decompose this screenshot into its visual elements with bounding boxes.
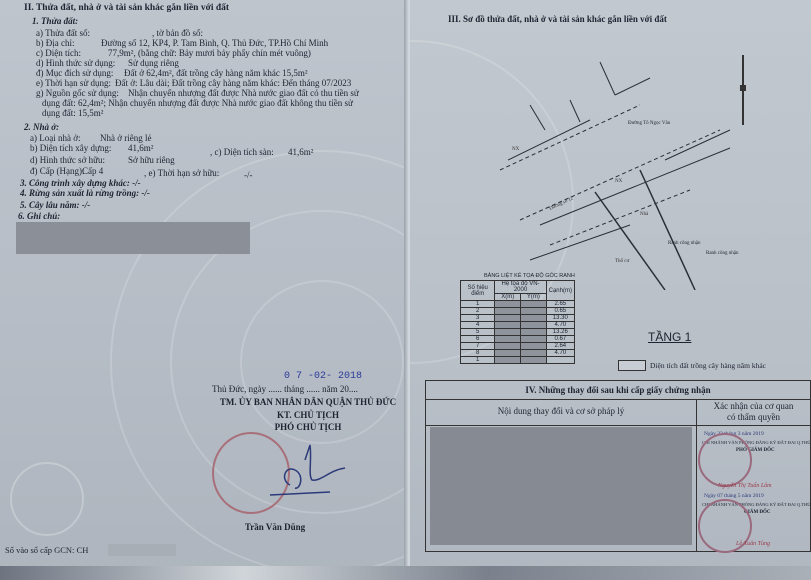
x-redacted: [495, 322, 521, 329]
coord-row: 84.70: [461, 350, 575, 357]
y-redacted: [521, 315, 547, 322]
coord-row: 44.70: [461, 322, 575, 329]
signer-2: Lê Xuân Tùng: [736, 539, 770, 550]
floor-area-label: , c) Diện tích sàn:: [210, 147, 274, 158]
col-edge: Cạnh(m): [546, 281, 574, 301]
edge-length: 4.70: [546, 322, 574, 329]
section-ii-title: II. Thửa đất, nhà ở và tài sản khác gắn …: [24, 3, 229, 14]
x-redacted: [495, 301, 521, 308]
origin-value-3: dụng đất: 15,5m²: [42, 108, 103, 119]
perennial: 5. Cây lâu năm: -/-: [20, 200, 90, 211]
grade-label: đ) Cấp (Hạng):: [30, 166, 84, 177]
point-id: 3: [461, 315, 495, 322]
road-name-label: Đường Tô Ngọc Vân: [628, 118, 670, 129]
grade-value: Cấp 4: [82, 166, 103, 177]
x-redacted: [495, 308, 521, 315]
edge-length: 2.65: [546, 301, 574, 308]
coord-row: 513.26: [461, 329, 575, 336]
col-confirm-label-2: có thẩm quyền: [697, 412, 810, 423]
x-redacted: [495, 336, 521, 343]
signature-icon: [250, 440, 350, 500]
edge-length: 13.30: [546, 315, 574, 322]
point-id: 1: [461, 357, 495, 364]
registry-number-label: Số vào sổ cấp GCN: CH: [5, 545, 88, 556]
edge-length: [546, 357, 574, 364]
point-id: 1: [461, 301, 495, 308]
y-redacted: [521, 343, 547, 350]
x-redacted: [495, 357, 521, 364]
x-redacted: [495, 343, 521, 350]
floor-area-value: 41,6m²: [288, 147, 313, 158]
label-nx-2: NX: [615, 179, 623, 184]
authority: TM. ỦY BAN NHÂN DÂN QUẬN THỦ ĐỨC: [198, 397, 408, 408]
edge-length: 2.64: [546, 343, 574, 350]
floor-label: TẦNG 1: [648, 332, 691, 343]
coord-table: Số hiệu điểm Hệ tọa độ VN-2000 Cạnh(m) X…: [460, 280, 575, 364]
coord-row: 1: [461, 357, 575, 364]
land-parcel-diagram: NX NX Đường số 12 Nhà Thổ cư: [490, 50, 810, 290]
house-heading: 2. Nhà ở:: [24, 122, 59, 133]
label-street-12: Đường số 12: [549, 196, 575, 212]
y-redacted: [521, 357, 547, 364]
label-thoi-cu: Thổ cư: [615, 258, 630, 264]
build-area-label: b) Diện tích xây dựng:: [30, 143, 111, 154]
label-nx-1: NX: [512, 147, 520, 152]
change-content-redacted: [430, 427, 692, 545]
col-confirm-label-1: Xác nhận của cơ quan: [697, 401, 810, 412]
background-surface: [0, 566, 811, 580]
y-redacted: [521, 336, 547, 343]
coord-row: 12.65: [461, 301, 575, 308]
signer-name: Trần Văn Dũng: [215, 522, 335, 533]
y-redacted: [521, 301, 547, 308]
ownership-label: d) Hình thức sở hữu:: [30, 155, 105, 166]
col-divider: [696, 425, 697, 551]
point-id: 2: [461, 308, 495, 315]
registry-number-redacted: [108, 544, 176, 556]
point-id: 7: [461, 343, 495, 350]
land-heading: 1. Thửa đất:: [32, 16, 78, 27]
point-id: 6: [461, 336, 495, 343]
x-redacted: [495, 315, 521, 322]
point-id: 5: [461, 329, 495, 336]
y-redacted: [521, 322, 547, 329]
coord-row: 72.64: [461, 343, 575, 350]
coord-row: 20.65: [461, 308, 575, 315]
point-id: 8: [461, 350, 495, 357]
changes-title-text: IV. Những thay đổi sau khi cấp giấy chứn…: [525, 385, 710, 395]
ranh-cong-nhan-label-2: Ranh công nhận: [706, 248, 739, 259]
label-house: Nhà: [640, 212, 649, 217]
ranh-cong-nhan-label: Ranh công nhận: [668, 238, 701, 249]
edge-length: 0.65: [546, 308, 574, 315]
x-redacted: [495, 329, 521, 336]
left-page: II. Thửa đất, nhà ở và tài sản khác gắn …: [0, 0, 408, 580]
right-page: III. Sơ đồ thửa đất, nhà ở và tài sản kh…: [410, 0, 811, 580]
col-system: Hệ tọa độ VN-2000: [495, 281, 546, 294]
edge-length: 4.70: [546, 350, 574, 357]
kt-chairman: KT. CHỦ TỊCH: [198, 410, 408, 421]
changes-table: IV. Những thay đổi sau khi cấp giấy chứn…: [425, 380, 811, 552]
y-redacted: [521, 308, 547, 315]
col-point: Số hiệu điểm: [461, 281, 495, 301]
forest: 4. Rừng sản xuất là rừng trồng: -/-: [20, 188, 150, 199]
build-area-value: 41,6m²: [128, 143, 153, 154]
col-content-label: Nội dung thay đổi và cơ sở pháp lý: [426, 406, 696, 417]
coord-row: 313.30: [461, 315, 575, 322]
changes-title: IV. Những thay đổi sau khi cấp giấy chứn…: [426, 381, 810, 400]
edge-length: 0.67: [546, 336, 574, 343]
col-x: X(m): [495, 294, 521, 301]
legend-text: Diện tích đất trồng cây hàng năm khác: [650, 360, 766, 371]
own-term-label: , e) Thời hạn sở hữu:: [144, 168, 219, 179]
col-content-header: Nội dung thay đổi và cơ sở pháp lý: [426, 399, 697, 426]
place-date-line: Thủ Đức, ngày ...... tháng ...... năm 20…: [212, 384, 358, 395]
y-redacted: [521, 329, 547, 336]
edge-length: 13.26: [546, 329, 574, 336]
section-iii-title: III. Sơ đồ thửa đất, nhà ở và tài sản kh…: [448, 14, 667, 25]
date-stamp: 0 7 -02- 2018: [284, 371, 362, 382]
legend-swatch: [618, 360, 646, 371]
stamp-1-seal: [698, 433, 752, 487]
notes-redacted: [16, 222, 250, 254]
embossed-seal: [10, 462, 84, 536]
own-term-value: -/-: [244, 170, 253, 181]
notes-label: 6. Ghi chú:: [18, 211, 60, 222]
vice-chairman: PHÓ CHỦ TỊCH: [198, 422, 408, 433]
ownership-value: Sở hữu riêng: [128, 155, 175, 166]
y-redacted: [521, 350, 547, 357]
coord-row: 60.67: [461, 336, 575, 343]
col-y: Y(m): [521, 294, 547, 301]
x-redacted: [495, 350, 521, 357]
point-id: 4: [461, 322, 495, 329]
col-confirm-header: Xác nhận của cơ quan có thẩm quyền: [697, 399, 810, 426]
